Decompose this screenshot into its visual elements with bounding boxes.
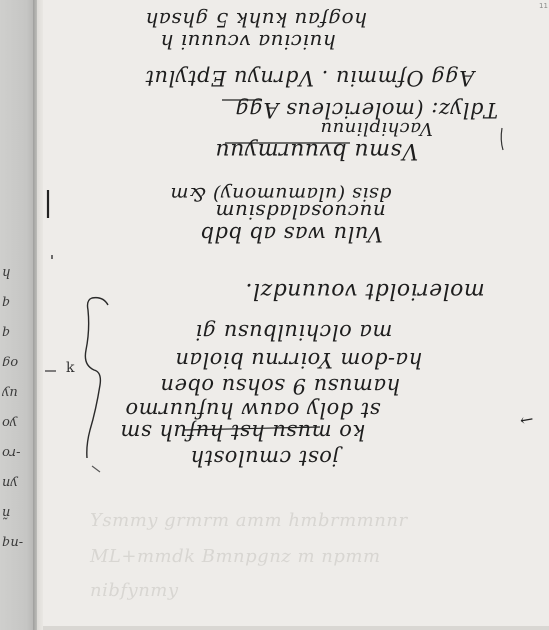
curly-brace — [85, 298, 108, 458]
pen-strokes — [0, 0, 549, 630]
paren-stroke — [501, 128, 503, 150]
brace-tail — [92, 466, 100, 472]
strike-through-stroke — [183, 427, 320, 430]
